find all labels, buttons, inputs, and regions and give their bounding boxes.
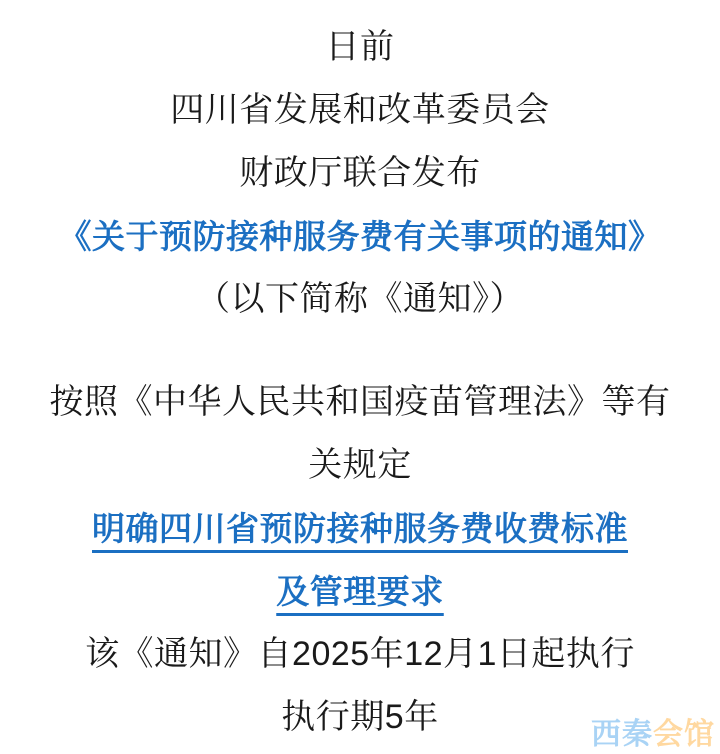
watermark-part-1: 西秦 <box>591 718 653 751</box>
highlight-line-1[interactable]: 明确四川省预防接种服务费收费标准 <box>0 497 720 560</box>
intro-line-2: 四川省发展和改革委员会 <box>0 79 720 142</box>
intro-line-3: 财政厅联合发布 <box>0 142 720 205</box>
intro-line-1: 日前 <box>0 16 720 79</box>
notice-alias: （以下简称《通知》） <box>0 268 720 331</box>
highlight-text-1[interactable]: 明确四川省预防接种服务费收费标准 <box>92 510 628 547</box>
article-page: 日前 四川省发展和改革委员会 财政厅联合发布 《关于预防接种服务费有关事项的通知… <box>0 0 720 754</box>
basis-line-2: 关规定 <box>0 434 720 497</box>
highlight-link[interactable]: 明确四川省预防接种服务费收费标准 及管理要求 <box>0 497 720 623</box>
article-body: 日前 四川省发展和改革委员会 财政厅联合发布 《关于预防接种服务费有关事项的通知… <box>0 16 720 749</box>
notice-title: 《关于预防接种服务费有关事项的通知》 <box>0 205 720 268</box>
watermark-part-2: 会馆 <box>653 718 715 751</box>
highlight-line-2[interactable]: 及管理要求 <box>0 560 720 623</box>
basis-line-1: 按照《中华人民共和国疫苗管理法》等有 <box>0 371 720 434</box>
highlight-text-2[interactable]: 及管理要求 <box>276 573 444 610</box>
effective-line-1: 该《通知》自2025年12月1日起执行 <box>0 623 720 686</box>
watermark: 西秦会馆 <box>591 720 715 750</box>
basis-paragraph: 按照《中华人民共和国疫苗管理法》等有 关规定 <box>0 371 720 497</box>
